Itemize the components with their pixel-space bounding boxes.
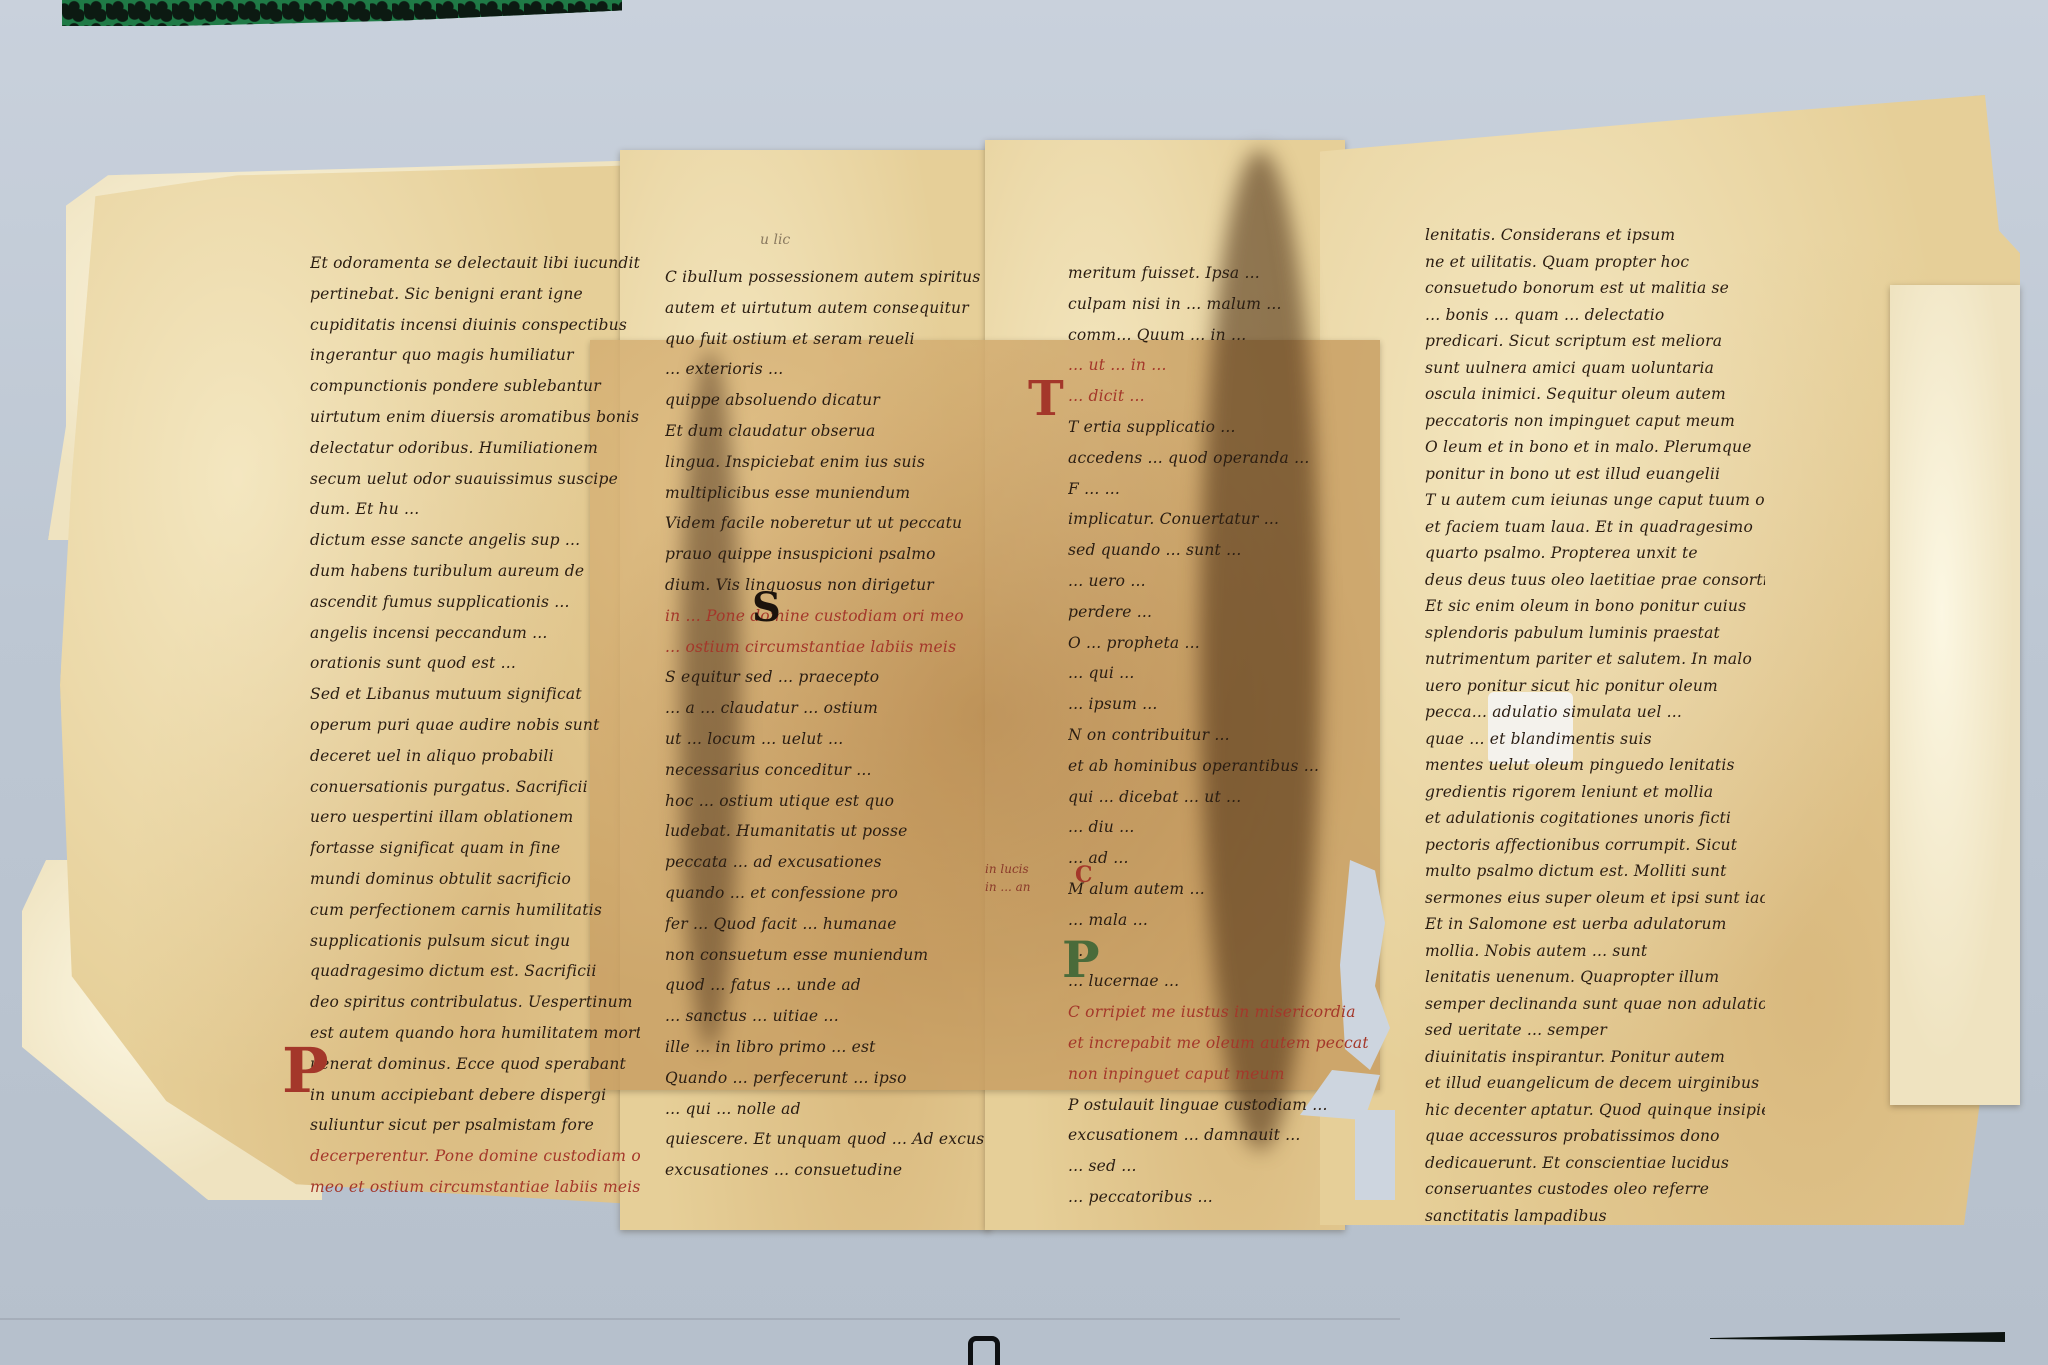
text-line: compunctionis pondere sublebantur (310, 371, 640, 402)
text-line: Et dum claudatur obserua (665, 416, 985, 447)
text-line: et illud euangelicum de decem uirginibus (1425, 1070, 1765, 1097)
text-line: ut ... locum ... uelut ... (665, 724, 985, 755)
text-line: lenitatis uenenum. Quapropter illum (1425, 964, 1765, 991)
initial-t-red: T (1028, 375, 1064, 423)
text-line: sanctitatis lampadibus (1425, 1203, 1765, 1230)
text-line: nutrimentum pariter et salutem. In malo (1425, 646, 1765, 673)
text-line: ... qui ... nolle ad (665, 1094, 985, 1125)
text-line: ne et uilitatis. Quam propter hoc (1425, 249, 1765, 276)
text-line: ingerantur quo magis humiliatur (310, 340, 640, 371)
text-line: conseruantes custodes oleo referre (1425, 1176, 1765, 1203)
text-line: mundi dominus obtulit sacrificio (310, 864, 640, 895)
text-line: ... a ... claudatur ... ostium (665, 693, 985, 724)
text-line: ... peccatoribus ... (1068, 1182, 1368, 1213)
rubric-line: ... ostium circumstantiae labiis meis (665, 632, 985, 663)
text-column-2: C ibullum possessionem autem spiritus au… (665, 262, 985, 1222)
text-line: ... bonis ... quam ... delectatio (1425, 302, 1765, 329)
text-line: dum habens turibulum aureum de (310, 556, 640, 587)
text-line: peccatoris non impinguet caput meum (1425, 408, 1765, 435)
marginal-note: in lucis (985, 862, 1029, 876)
initial-s-black: S (752, 588, 781, 628)
text-line: mentes uelut oleum pinguedo lenitatis (1425, 752, 1765, 779)
text-line: dium. Vis linguosus non dirigetur (665, 570, 985, 601)
text-column-3: meritum fuisset. Ipsa ... culpam nisi in… (1068, 258, 1368, 1238)
text-line: T u autem cum ieiunas unge caput tuum ol… (1425, 487, 1765, 514)
text-line: ... uero ... (1068, 566, 1368, 597)
text-line: ille ... in libro primo ... est (665, 1032, 985, 1063)
text-line: peccata ... ad excusationes (665, 847, 985, 878)
initial-p-green: P (1062, 935, 1100, 985)
text-line: sed quando ... sunt ... (1068, 535, 1368, 566)
text-line: accedens ... quod operanda ... (1068, 443, 1368, 474)
text-column-1: Et odoramenta se delectauit libi iucundi… (310, 248, 640, 1208)
text-line: dedicauerunt. Et conscientiae lucidus (1425, 1150, 1765, 1177)
text-line: sunt uulnera amici quam uoluntaria (1425, 355, 1765, 382)
text-line: pecca... adulatio simulata uel ... (1425, 699, 1765, 726)
text-line: ... ipsum ... (1068, 689, 1368, 720)
text-line: uenerat dominus. Ecce quod sperabant (310, 1049, 640, 1080)
text-line: pectoris affectionibus corrumpit. Sicut (1425, 832, 1765, 859)
text-line: supplicationis pulsum sicut ingu (310, 926, 640, 957)
text-line: ascendit fumus supplicationis ... (310, 587, 640, 618)
text-line: consuetudo bonorum est ut malitia se (1425, 275, 1765, 302)
text-line: uero ponitur sicut hic ponitur oleum (1425, 673, 1765, 700)
text-line: semper declinanda sunt quae non adulatio… (1425, 991, 1765, 1018)
text-line: delectatur odoribus. Humiliationem (310, 433, 640, 464)
text-line: quarto psalmo. Propterea unxit te (1425, 540, 1765, 567)
text-line: fer ... Quod facit ... humanae (665, 909, 985, 940)
black-cord (968, 1336, 1000, 1365)
text-line: uirtutum enim diuersis aromatibus bonis (310, 402, 640, 433)
text-line: est autem quando hora humilitatem mortis (310, 1018, 640, 1049)
text-line: lenitatis. Considerans et ipsum (1425, 222, 1765, 249)
green-patterned-cloth (62, 0, 622, 26)
text-line: O leum et in bono et in malo. Plerumque (1425, 434, 1765, 461)
rubric-line: C orripiet me iustus in misericordia (1068, 997, 1368, 1028)
text-line: ... sed ... (1068, 1151, 1368, 1182)
rubric-line: ... dicit ... (1068, 381, 1368, 412)
text-line: predicari. Sicut scriptum est meliora (1425, 328, 1765, 355)
rubric-line: et increpabit me oleum autem peccatoris (1068, 1028, 1368, 1059)
text-line: deus deus tuus oleo laetitiae prae conso… (1425, 567, 1765, 594)
text-line: non consuetum esse muniendum (665, 940, 985, 971)
text-line: ... lucernae ... (1068, 966, 1368, 997)
text-line: perdere ... (1068, 597, 1368, 628)
text-line: hic decenter aptatur. Quod quinque insip… (1425, 1097, 1765, 1124)
text-line: diuinitatis inspirantur. Ponitur autem (1425, 1044, 1765, 1071)
text-line: hoc ... ostium utique est quo (665, 786, 985, 817)
text-line: autem et uirtutum autem consequitur (665, 293, 985, 324)
text-line: et ab hominibus operantibus ... (1068, 751, 1368, 782)
text-line: in unum accipiebant debere dispergi (310, 1080, 640, 1111)
text-line: deo spiritus contribulatus. Uespertinum (310, 987, 640, 1018)
text-line: S equitur sed ... praecepto (665, 662, 985, 693)
text-line: sermones eius super oleum et ipsi sunt i… (1425, 885, 1765, 912)
text-line: ... exterioris ... (665, 354, 985, 385)
text-line: Quando ... perfecerunt ... ipso (665, 1063, 985, 1094)
rubric-line: decerperentur. Pone domine custodiam ori (310, 1141, 640, 1172)
text-line: ... ad ... (1068, 843, 1368, 874)
rubric-line: in ... Pone domine custodiam ori meo (665, 601, 985, 632)
initial-c-red: C (1075, 864, 1093, 886)
text-line: Et in Salomone est uerba adulatorum (1425, 911, 1765, 938)
text-line: excusationes ... consuetudine (665, 1155, 985, 1186)
text-line: excusationem ... damnauit ... (1068, 1120, 1368, 1151)
text-line: ludebat. Humanitatis ut posse (665, 816, 985, 847)
text-line: splendoris pabulum luminis praestat (1425, 620, 1765, 647)
text-line: ponitur in bono ut est illud euangelii (1425, 461, 1765, 488)
text-line: suliuntur sicut per psalmistam fore (310, 1110, 640, 1141)
text-line: secum uelut odor suauissimus suscipe (310, 464, 640, 495)
text-line: C ibullum possessionem autem spiritus (665, 262, 985, 293)
text-line: cupiditatis incensi diuinis conspectibus (310, 310, 640, 341)
text-line: P ostulauit linguae custodiam ... (1068, 1090, 1368, 1121)
black-tape-strip (1710, 1332, 2005, 1342)
text-line: comm... Quum ... in ... (1068, 320, 1368, 351)
text-line: Et sic enim oleum in bono ponitur cuius (1425, 593, 1765, 620)
text-line: Et odoramenta se delectauit libi iucundi… (310, 248, 640, 279)
text-line: ... mala ... (1068, 905, 1368, 936)
text-line: qui ... dicebat ... ut ... (1068, 782, 1368, 813)
rubric-line: non inpinguet caput meum (1068, 1059, 1368, 1090)
text-line: N on contribuitur ... (1068, 720, 1368, 751)
text-line: multiplicibus esse muniendum (665, 478, 985, 509)
text-line: dictum esse sancte angelis sup ... (310, 525, 640, 556)
text-line: multo psalmo dictum est. Molliti sunt (1425, 858, 1765, 885)
rubric-line: ... ut ... in ... (1068, 350, 1368, 381)
paper-fold-line (0, 1318, 1400, 1320)
text-line: orationis sunt quod est ... (310, 648, 640, 679)
text-line: O ... propheta ... (1068, 628, 1368, 659)
text-line: conuersationis purgatus. Sacrificii (310, 772, 640, 803)
text-line: F ... ... (1068, 474, 1368, 505)
text-line: ... (1068, 936, 1368, 967)
text-line: T ertia supplicatio ... (1068, 412, 1368, 443)
text-line: ... qui ... (1068, 658, 1368, 689)
text-line: quiescere. Et unquam quod ... Ad excusan… (665, 1124, 985, 1155)
text-line: quae accessuros probatissimos dono (1425, 1123, 1765, 1150)
text-line: et faciem tuam laua. Et in quadragesimo (1425, 514, 1765, 541)
text-line: uero uespertini illam oblationem (310, 802, 640, 833)
text-line: quippe absoluendo dicatur (665, 385, 985, 416)
text-line: prauo quippe insuspicioni psalmo (665, 539, 985, 570)
text-line: quo fuit ostium et seram reueli (665, 324, 985, 355)
text-line: meritum fuisset. Ipsa ... (1068, 258, 1368, 289)
text-line: fortasse significat quam in fine (310, 833, 640, 864)
marginal-note: in ... an (985, 880, 1031, 894)
text-line: ... diu ... (1068, 812, 1368, 843)
rubric-line: meo et ostium circumstantiae labiis meis (310, 1172, 640, 1203)
text-line: lingua. Inspiciebat enim ius suis (665, 447, 985, 478)
text-line: ... sanctus ... uitiae ... (665, 1001, 985, 1032)
text-line: culpam nisi in ... malum ... (1068, 289, 1368, 320)
text-line: deceret uel in aliquo probabili (310, 741, 640, 772)
text-line: dum. Et hu ... (310, 494, 640, 525)
text-column-4: lenitatis. Considerans et ipsum ne et ui… (1425, 222, 1765, 1232)
parchment-right-flap (1890, 285, 2020, 1105)
text-line: M alum autem ... (1068, 874, 1368, 905)
text-line: gredientis rigorem leniunt et mollia (1425, 779, 1765, 806)
text-line: implicatur. Conuertatur ... (1068, 504, 1368, 535)
text-line: oscula inimici. Sequitur oleum autem (1425, 381, 1765, 408)
initial-p-red: P (282, 1040, 329, 1102)
text-line: et adulationis cogitationes unoris ficti (1425, 805, 1765, 832)
text-line: Videm facile noberetur ut ut peccatu (665, 508, 985, 539)
text-line: sed ueritate ... semper (1425, 1017, 1765, 1044)
text-line: cum perfectionem carnis humilitatis (310, 895, 640, 926)
text-line: pertinebat. Sic benigni erant igne (310, 279, 640, 310)
text-line: necessarius conceditur ... (665, 755, 985, 786)
marginal-note: u lic (760, 232, 790, 248)
text-line: quando ... et confessione pro (665, 878, 985, 909)
text-line: mollia. Nobis autem ... sunt (1425, 938, 1765, 965)
text-line: quod ... fatus ... unde ad (665, 970, 985, 1001)
text-line: quae ... et blandimentis suis (1425, 726, 1765, 753)
text-line: operum puri quae audire nobis sunt (310, 710, 640, 741)
text-line: angelis incensi peccandum ... (310, 618, 640, 649)
text-line: quadragesimo dictum est. Sacrificii (310, 956, 640, 987)
text-line: Sed et Libanus mutuum significat (310, 679, 640, 710)
